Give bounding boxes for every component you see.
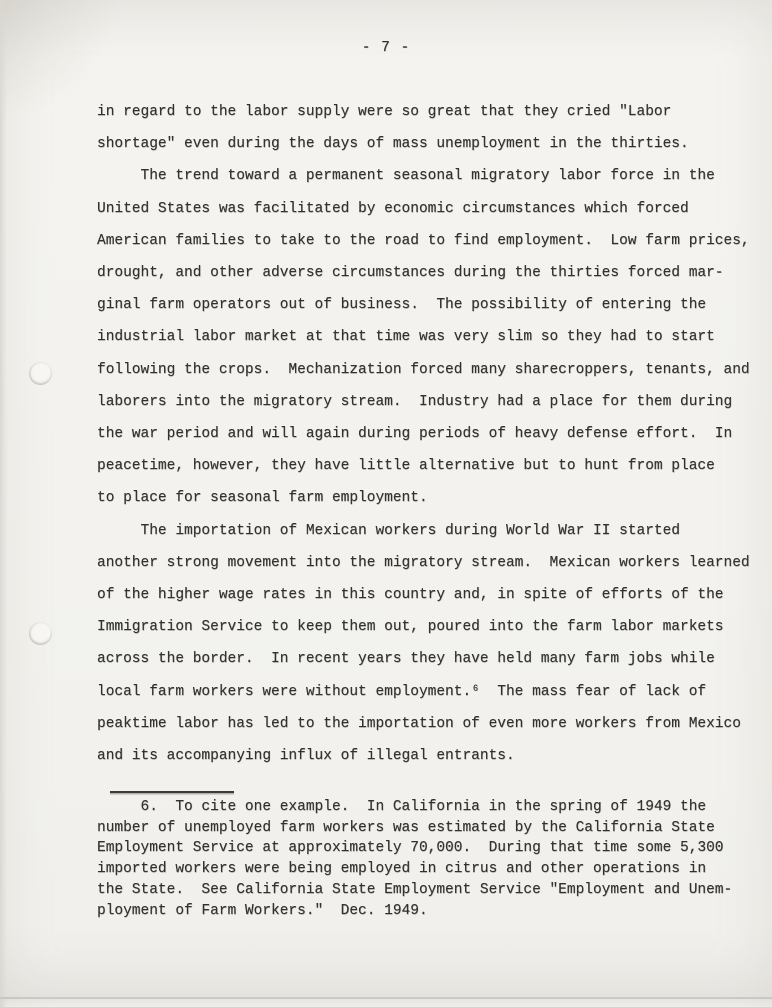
paragraph-mexican-workers: The importation of Mexican workers durin… [97,515,750,773]
document-page: - 7 - in regard to the labor supply were… [0,0,772,1007]
page-left-edge [0,0,7,1007]
paragraph-labor-shortage: in regard to the labor supply were so gr… [97,96,750,160]
footnote-separator [110,791,234,793]
page-bottom-edge [0,997,772,999]
punch-hole-bottom [29,622,52,645]
punch-hole-top [29,362,52,385]
page-number: - 7 - [0,40,772,56]
paragraph-migratory-trend: The trend toward a permanent seasonal mi… [97,160,750,514]
footnote-6: 6. To cite one example. In California in… [97,797,732,921]
document-body: in regard to the labor supply were so gr… [97,96,750,772]
